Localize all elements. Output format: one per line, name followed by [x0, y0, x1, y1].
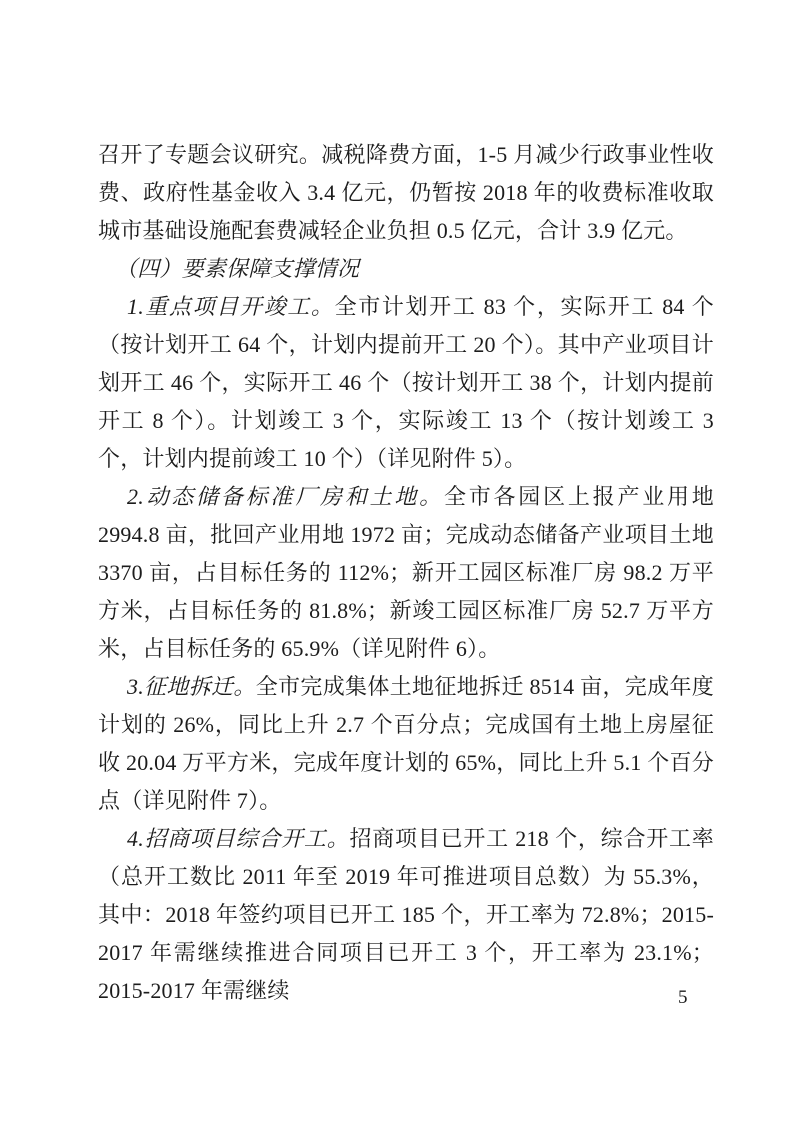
paragraph: 3.征地拆迁。全市完成集体土地征地拆迁 8514 亩，完成年度计划的 26%，同… [98, 668, 714, 820]
text-run: 招商项目已开工 218 个，综合开工率（总开工数比 2011 年至 2019 年… [98, 826, 714, 1003]
paragraph: 1.重点项目开竣工。全市计划开工 83 个，实际开工 84 个（按计划开工 64… [98, 288, 714, 478]
paragraph: 2.动态储备标准厂房和土地。全市各园区上报产业用地 2994.8 亩，批回产业用… [98, 478, 714, 668]
text-run: 2.动态储备标准厂房和土地。 [127, 484, 444, 509]
document-body: 召开了专题会议研究。减税降费方面，1-5 月减少行政事业性收费、政府性基金收入 … [98, 136, 714, 1010]
paragraph: 召开了专题会议研究。减税降费方面，1-5 月减少行政事业性收费、政府性基金收入 … [98, 136, 714, 250]
page-number: 5 [678, 986, 688, 1010]
text-run: 3.征地拆迁。 [127, 674, 256, 699]
text-run: 全市计划开工 83 个，实际开工 84 个（按计划开工 64 个，计划内提前开工… [98, 294, 714, 471]
text-run: 全市各园区上报产业用地 2994.8 亩，批回产业用地 1972 亩；完成动态储… [98, 484, 714, 661]
section-heading: （四）要素保障支撑情况 [98, 250, 714, 288]
paragraph: 4.招商项目综合开工。招商项目已开工 218 个，综合开工率（总开工数比 201… [98, 820, 714, 1010]
text-run: （四）要素保障支撑情况 [115, 256, 359, 281]
text-run: 1.重点项目开竣工。 [127, 294, 335, 319]
document-page: 召开了专题会议研究。减税降费方面，1-5 月减少行政事业性收费、政府性基金收入 … [0, 0, 793, 1122]
text-run: 4.招商项目综合开工。 [127, 826, 350, 851]
text-run: 召开了专题会议研究。减税降费方面，1-5 月减少行政事业性收费、政府性基金收入 … [98, 142, 714, 243]
